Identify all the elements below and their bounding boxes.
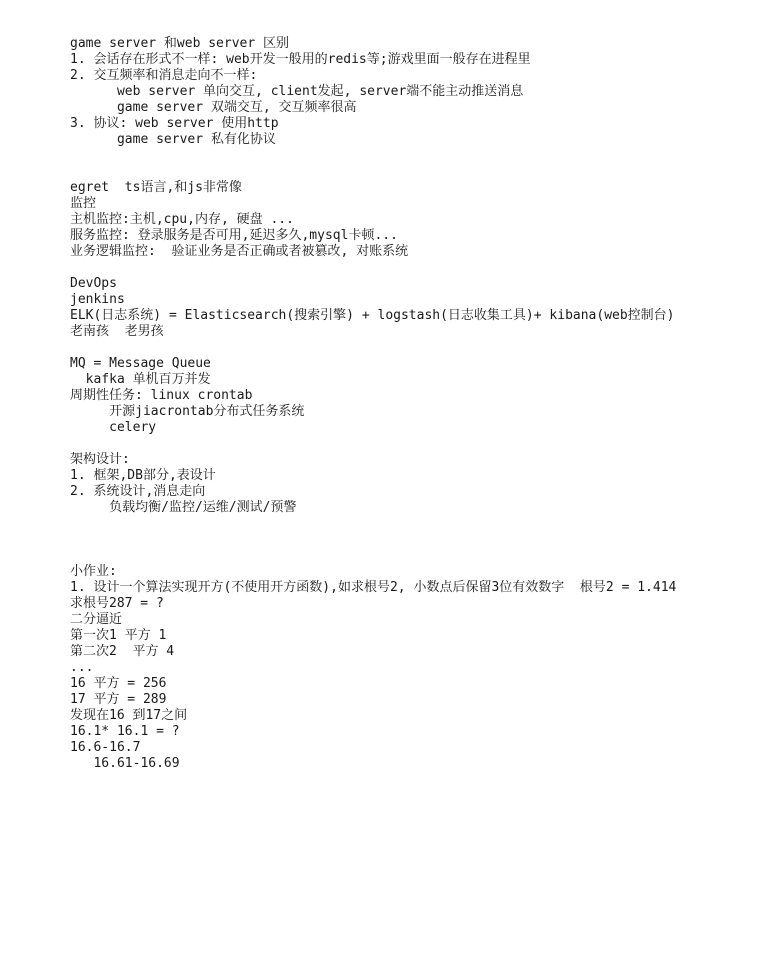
notes-document-page: game server 和web server 区别 1. 会话存在形式不一样:…: [0, 0, 760, 959]
document-text: game server 和web server 区别 1. 会话存在形式不一样:…: [70, 36, 676, 772]
